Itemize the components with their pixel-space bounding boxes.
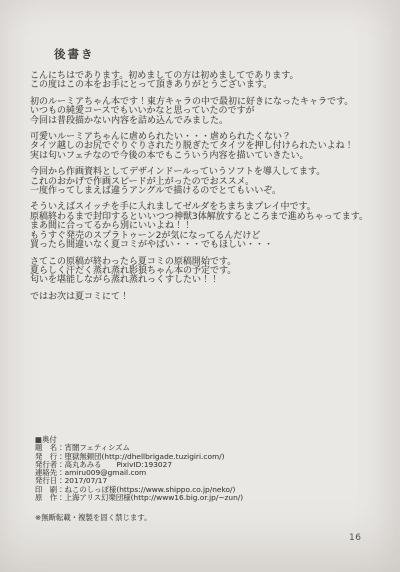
colophon-label: 原 作： <box>35 494 65 502</box>
afterword-paragraph-games: そういえばスイッチを手に入れましてゼルダをちまちまプレイ中です。 原稿終わるまで… <box>30 203 390 250</box>
page-number: 16 <box>349 533 361 543</box>
afterword-paragraph-closing: ではお次は夏コミにて！ <box>30 293 390 302</box>
afterword-heading: 後書き <box>54 46 95 62</box>
copyright-notice: ※無断転載・複製を固く禁じます。 <box>35 514 151 522</box>
text-line: 実は匂いフェチなので今後の本でもこういう内容を描いていきたい。 <box>30 152 390 161</box>
afterword-paragraph-greeting: こんにちはであります。初めましての方は初めましてであります。 この度はこの本をお… <box>30 72 390 91</box>
text-line: 買ったら間違いなく夏コミがやばい・・・でもほしい・・・ <box>30 241 390 250</box>
doujinshi-afterword-page: 後書き こんにちはであります。初めましての方は初めましてであります。 この度はこ… <box>0 0 400 572</box>
afterword-paragraph-software: 今回から作画資料としてデザインドールっていうソフトを導入してます。 これのおかげ… <box>30 168 390 196</box>
text-line: 一度作ってしまえば違うアングルで描けるのでとてもいいぞ。 <box>30 187 390 196</box>
afterword-paragraph-content: 可愛いルーミアちゃんに虐められたい・・・虐められたくない？ タイツ越しのお尻でぐ… <box>30 133 390 161</box>
colophon-row-original-work: 原 作：上海アリス幻樂団様(http://www16.big.or.jp/~zu… <box>35 494 375 502</box>
text-line: 匂いを堪能しながら蒸れ蒸れっくすしたい！！ <box>30 276 390 285</box>
afterword-paragraph-first-book: 初のルーミアちゃん本です！東方キャラの中で最初に好きになったキャラです。 いつも… <box>30 98 390 126</box>
text-line: この度はこの本をお手にとって頂きありがとうございます。 <box>30 81 390 90</box>
afterword-body: こんにちはであります。初めましての方は初めましてであります。 この度はこの本をお… <box>30 72 390 309</box>
colophon-value: 上海アリス幻樂団様(http://www16.big.or.jp/~zun/) <box>65 493 244 502</box>
colophon: ■奥付 題 名：宵闇フェティシズム 発 行：堕獄無頼団(http://dhell… <box>35 436 375 502</box>
text-line: ではお次は夏コミにて！ <box>30 293 390 302</box>
text-line: 今回は普段描かない内容を詰め込んでみました。 <box>30 117 390 126</box>
afterword-paragraph-next-book: さてこの原稿が終わったら夏コミの原稿開始です。 夏らしく汗だく蒸れ蒸れ影狼ちゃん… <box>30 258 390 286</box>
